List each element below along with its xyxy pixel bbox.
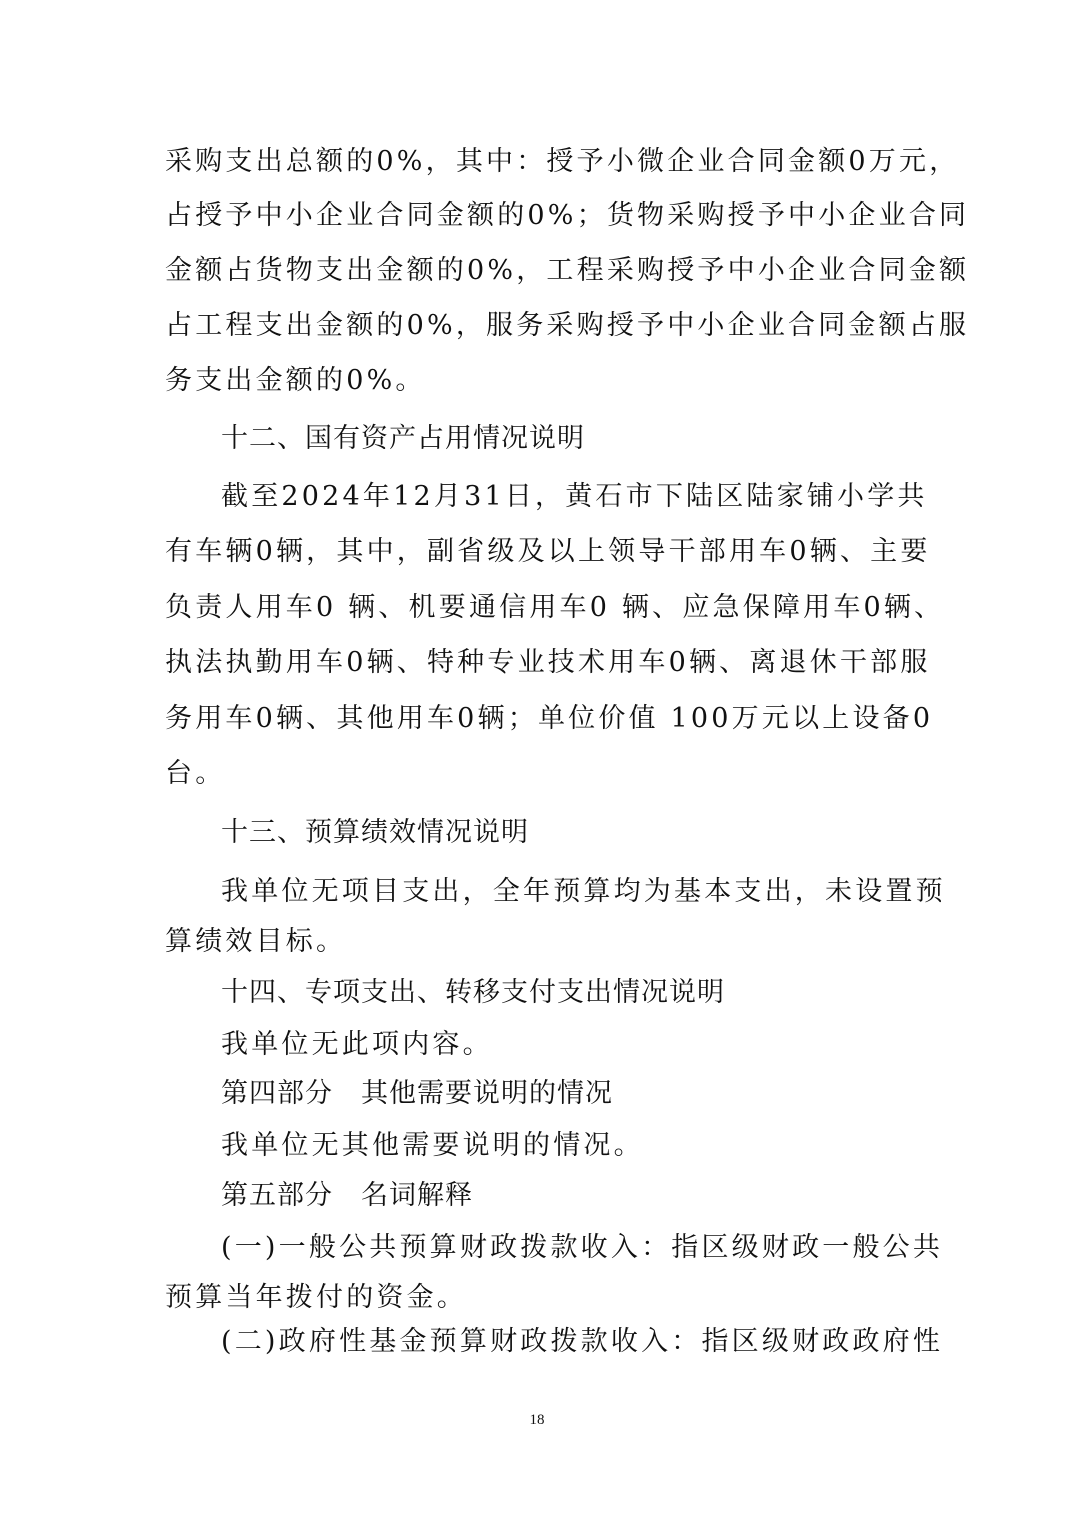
body-line: 金额占货物支出金额的0%，工程采购授予中小企业合同金额 — [165, 251, 913, 291]
body-line: 采购支出总额的0%，其中：授予小微企业合同金额0万元， — [165, 142, 913, 182]
body-line: 截至2024年12月31日，黄石市下陆区陆家铺小学共 — [221, 477, 913, 517]
section-heading-budget-performance: 十三、预算绩效情况说明 — [221, 813, 913, 853]
body-line: 我单位无其他需要说明的情况。 — [221, 1126, 913, 1166]
body-line: (一)一般公共预算财政拨款收入：指区级财政一般公共 — [221, 1228, 913, 1268]
body-line: 负责人用车0 辆、机要通信用车0 辆、应急保障用车0辆、 — [165, 588, 913, 628]
body-line: 有车辆0辆，其中，副省级及以上领导干部用车0辆、主要 — [165, 532, 913, 572]
body-line: 预算当年拨付的资金。 — [165, 1278, 913, 1318]
body-line: 占工程支出金额的0%，服务采购授予中小企业合同金额占服 — [165, 306, 913, 346]
body-line: 务支出金额的0%。 — [165, 361, 913, 401]
body-line: 执法执勤用车0辆、特种专业技术用车0辆、离退休干部服 — [165, 643, 913, 683]
body-line: 务用车0辆、其他用车0辆；单位价值 100万元以上设备0 — [165, 699, 913, 739]
part-heading-glossary: 第五部分 名词解释 — [221, 1176, 913, 1216]
body-line: 算绩效目标。 — [165, 922, 913, 962]
section-heading-state-assets: 十二、国有资产占用情况说明 — [221, 419, 913, 459]
body-line: 占授予中小企业合同金额的0%；货物采购授予中小企业合同 — [165, 196, 913, 236]
body-line: (二)政府性基金预算财政拨款收入：指区级财政政府性 — [221, 1322, 913, 1362]
body-line: 我单位无项目支出，全年预算均为基本支出，未设置预 — [221, 872, 913, 912]
body-line: 我单位无此项内容。 — [221, 1025, 913, 1065]
page-number: 18 — [0, 1412, 1074, 1429]
document-page: 采购支出总额的0%，其中：授予小微企业合同金额0万元， 占授予中小企业合同金额的… — [0, 0, 1074, 1520]
body-line: 台。 — [165, 754, 913, 794]
section-heading-special-expenditure: 十四、专项支出、转移支付支出情况说明 — [221, 973, 913, 1013]
part-heading-other-matters: 第四部分 其他需要说明的情况 — [221, 1074, 913, 1114]
